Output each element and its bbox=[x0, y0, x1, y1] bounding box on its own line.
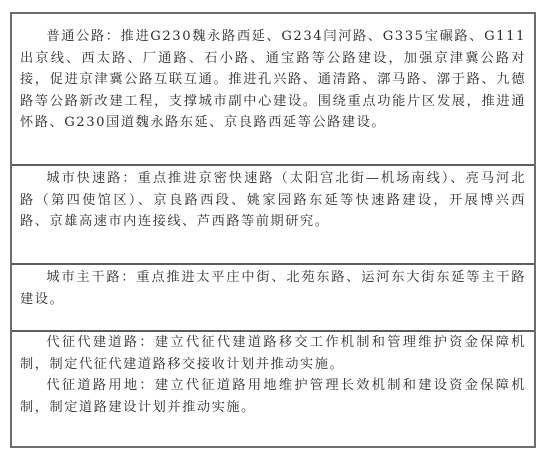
table-row-acquired-roads: 代征代建道路：建立代征代建道路移交工作机制和管理维护资金保障机制，制定代征代建道… bbox=[12, 330, 534, 448]
acquired-road-land-text: 代征道路用地：建立代征道路用地维护管理长效机制和建设资金保障机制，制定道路建设计… bbox=[20, 375, 526, 418]
table-row-general-highway: 普通公路：推进G230魏永路西延、G234闫河路、G335宝碾路、G111出京线… bbox=[12, 26, 534, 165]
table-row-urban-expressway: 城市快速路：重点推进京密快速路（太阳宫北街—机场南线）、亮马河北路（第四使馆区）… bbox=[12, 164, 534, 264]
road-plan-table: 普通公路：推进G230魏永路西延、G234闫河路、G335宝碾路、G111出京线… bbox=[10, 12, 536, 448]
urban-expressway-text: 城市快速路：重点推进京密快速路（太阳宫北街—机场南线）、亮马河北路（第四使馆区）… bbox=[20, 166, 526, 233]
acquired-built-roads-text: 代征代建道路：建立代征代建道路移交工作机制和管理维护资金保障机制，制定代征代建道… bbox=[20, 332, 526, 375]
general-highway-text: 普通公路：推进G230魏永路西延、G234闫河路、G335宝碾路、G111出京线… bbox=[20, 26, 526, 134]
urban-arterial-text: 城市主干路：重点推进太平庄中街、北苑东路、运河东大街东延等主干路建设。 bbox=[20, 265, 526, 310]
table-row-urban-arterial: 城市主干路：重点推进太平庄中街、北苑东路、运河东大街东延等主干路建设。 bbox=[12, 263, 534, 331]
